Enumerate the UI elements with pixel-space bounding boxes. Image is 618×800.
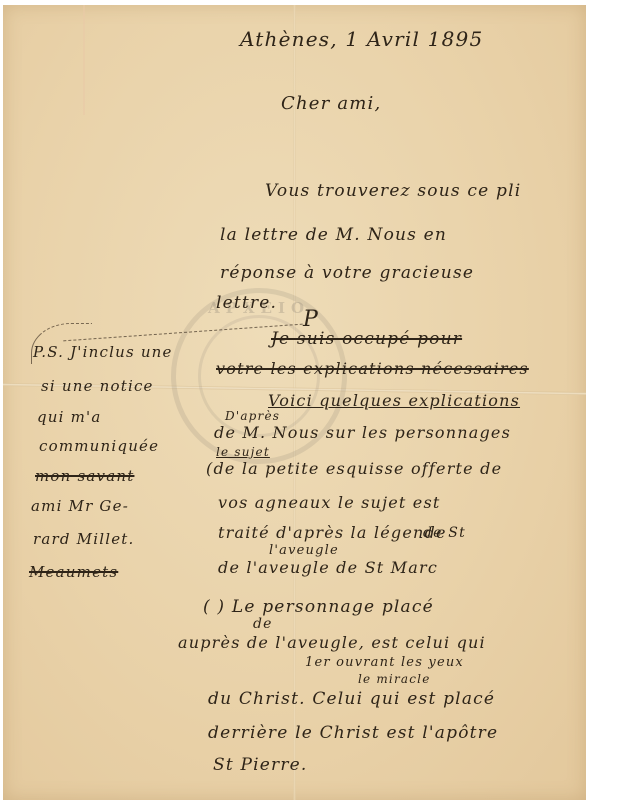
body-line-4: lettre. <box>216 293 277 313</box>
letter-page: ΑΡΧΕΙΟ Athènes, 1 Avril 1895 Cher ami, V… <box>3 5 586 800</box>
body-line-16: du Christ. Celui qui est placé <box>208 689 495 709</box>
interlinear-premier-ouvrant: 1er ouvrant les yeux <box>305 655 464 670</box>
body-line-1: Vous trouverez sous ce pli <box>265 181 521 201</box>
salutation: Cher ami, <box>281 93 381 114</box>
body-line-7: Voici quelques explications <box>268 391 520 410</box>
body-line-17: derrière le Christ est l'apôtre <box>208 723 498 743</box>
body-line-18: St Pierre. <box>213 755 308 775</box>
body-line-10: vos agneaux le sujet est <box>218 493 441 512</box>
body-line-6-struck: votre les explications nécessaires <box>216 359 529 378</box>
paper-stain <box>83 5 85 115</box>
body-line-12: de l'aveugle de St Marc <box>218 558 438 577</box>
interlinear-de-st: de St <box>423 525 466 541</box>
dateline: Athènes, 1 Avril 1895 <box>240 27 483 51</box>
body-line-5-struck: Je suis occupé pour <box>271 329 462 349</box>
margin-note-line-5-struck: mon savant <box>35 467 134 485</box>
interlinear-le-sujet: le sujet <box>216 445 270 459</box>
body-line-9: (de la petite esquisse offerte de <box>206 459 502 478</box>
body-line-11: traité d'après la légende <box>218 523 447 542</box>
body-line-8: de M. Nous sur les personnages <box>214 423 511 442</box>
body-line-13: ( ) Le personnage placé <box>203 597 434 617</box>
margin-note-line-7: rard Millet. <box>33 530 134 548</box>
body-line-14: auprès de l'aveugle, est celui qui <box>178 633 486 652</box>
interlinear-le-miracle: le miracle <box>358 672 431 686</box>
interlinear-d-apres: D'après <box>225 409 280 423</box>
body-line-3: réponse à votre gracieuse <box>220 263 474 283</box>
margin-note-line-8-struck: Meaumets <box>29 563 118 581</box>
margin-note-line-2: si une notice <box>41 377 154 395</box>
body-line-2: la lettre de M. Nous en <box>220 225 447 245</box>
margin-note-line-4: communiquée <box>39 437 159 455</box>
margin-note-line-3: qui m'a <box>37 408 102 426</box>
interlinear-l-aveugle: l'aveugle <box>269 543 339 558</box>
margin-note-line-6: ami Mr Ge- <box>31 497 129 515</box>
interlinear-de: de <box>253 616 273 632</box>
margin-note-line-1: P.S. J'inclus une <box>33 343 173 361</box>
